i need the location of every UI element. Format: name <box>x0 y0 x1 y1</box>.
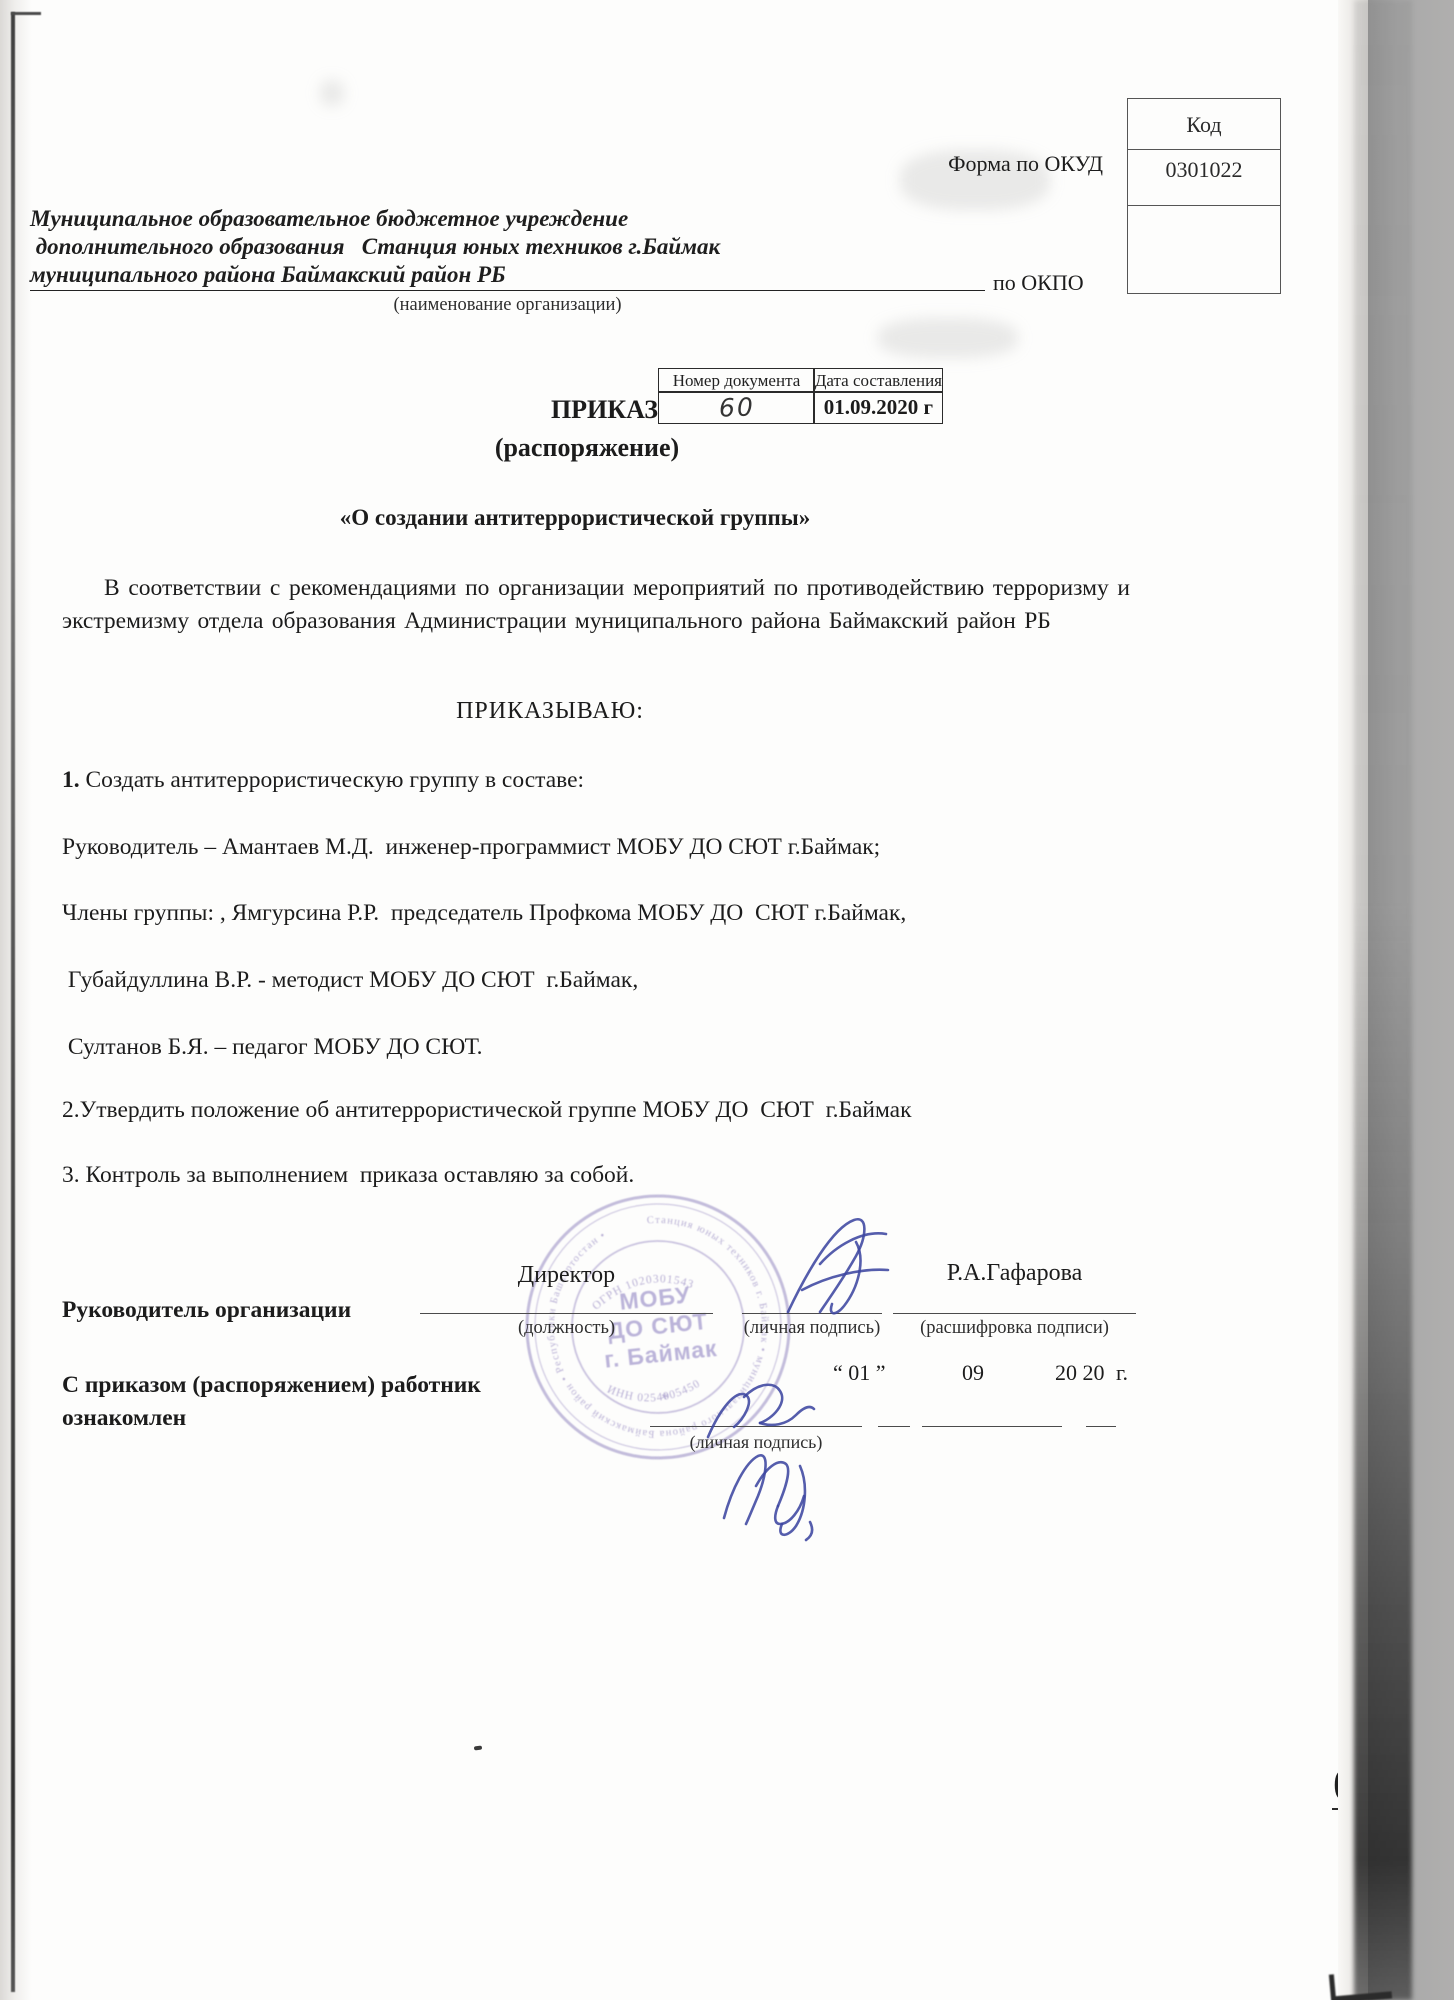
org-name-line-1: Муниципальное образовательное бюджетное … <box>30 205 985 233</box>
item-1-number: 1. <box>62 767 80 793</box>
code-table: Код 0301022 <box>1127 98 1281 294</box>
scanned-order-document: Код 0301022 Форма по ОКУД Муниципальное … <box>0 0 1454 2000</box>
member-line-1: Руководитель – Амантаев М.Д. инженер-про… <box>62 832 1130 862</box>
right-scan-smudge <box>1354 0 1412 2000</box>
preamble-paragraph: В соответствии с рекомендациями по орган… <box>62 572 1130 637</box>
left-scan-shadow <box>0 0 32 2000</box>
member-line-3: Губайдуллина В.Р. - методист МОБУ ДО СЮТ… <box>62 965 1130 995</box>
left-scan-edge-line <box>11 12 15 1992</box>
date-year: 20 20 <box>1055 1360 1105 1386</box>
doc-date-value: 01.09.2020 г <box>813 391 943 424</box>
member-line-2: Члены группы: , Ямгурсина Р.Р. председат… <box>62 898 1130 928</box>
order-item-2: 2.Утвердить положение об антитеррористич… <box>62 1095 1130 1125</box>
stamp-star: * <box>661 1390 671 1408</box>
bottom-corner-shadow <box>1329 1969 1392 2000</box>
director-signature <box>770 1212 910 1327</box>
org-name-line-3: муниципального района Баймакский район Р… <box>30 261 985 291</box>
okud-code-cell: 0301022 <box>1128 150 1280 206</box>
code-header-cell: Код <box>1128 99 1280 150</box>
order-subject: «О создании антитеррористической группы» <box>40 505 1110 531</box>
org-caption: (наименование организации) <box>30 295 985 316</box>
order-subtitle: (распоряжение) <box>437 433 737 463</box>
resolution-heading: ПРИКАЗЫВАЮ: <box>40 698 1060 725</box>
okud-label: Форма по ОКУД <box>850 151 1103 177</box>
transcript-value: Р.А.Гафарова <box>893 1260 1136 1287</box>
date-suffix: г. <box>1116 1360 1128 1386</box>
doc-number-value: 60 <box>658 391 815 424</box>
acknowledgement-line-1: С приказом (распоряжением) работник <box>62 1372 481 1399</box>
item-1-text: Создать антитеррористическую группу в со… <box>80 767 584 793</box>
employee-signature-2 <box>712 1444 827 1544</box>
scan-ghost-mark <box>320 80 344 106</box>
doc-number-header: Номер документа <box>658 368 815 393</box>
employee-signature <box>700 1375 825 1455</box>
okpo-code-cell <box>1128 206 1280 293</box>
doc-date-header: Дата составления <box>813 368 943 393</box>
position-line <box>420 1295 713 1314</box>
date-year-line <box>1086 1408 1116 1427</box>
handwritten-number: 60 <box>718 393 755 423</box>
acknowledgement-line-2: ознакомлен <box>62 1405 186 1432</box>
position-caption: (должность) <box>420 1318 713 1339</box>
date-day: “ 01 ” <box>833 1360 886 1386</box>
organization-block: Муниципальное образовательное бюджетное … <box>30 205 985 316</box>
transcript-caption: (расшифровка подписи) <box>893 1318 1136 1339</box>
org-name-line-2: дополнительного образования Станция юных… <box>30 233 985 261</box>
date-day-line <box>878 1408 910 1427</box>
order-item-1: 1. Создать антитеррористическую группу в… <box>62 765 1130 795</box>
position-value: Директор <box>420 1262 713 1289</box>
member-line-4: Султанов Б.Я. – педагог МОБУ ДО СЮТ. <box>62 1032 1130 1062</box>
order-item-3: 3. Контроль за выполнением приказа остав… <box>62 1160 1130 1190</box>
transcript-line <box>893 1295 1136 1314</box>
okpo-label: по ОКПО <box>993 270 1084 296</box>
order-title: ПРИКАЗ <box>430 395 658 425</box>
leader-label: Руководитель организации <box>62 1297 351 1324</box>
doc-number-table: Номер документа Дата составления 60 01.0… <box>658 368 943 424</box>
date-month-line <box>922 1408 1062 1427</box>
left-scan-edge-tick <box>11 12 41 15</box>
scan-ghost-mark <box>878 318 1018 358</box>
ink-speck <box>474 1745 482 1750</box>
date-month: 09 <box>962 1360 984 1386</box>
